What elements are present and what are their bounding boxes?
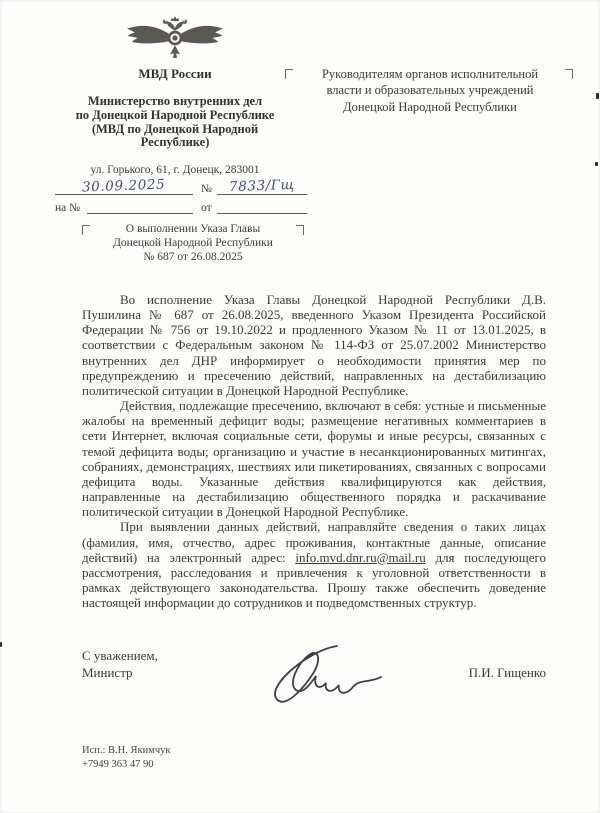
registration-block: 30.09.2025 № 7833/Гщ на № от bbox=[55, 179, 305, 215]
outgoing-number-field: 7833/Гщ bbox=[217, 178, 307, 195]
corner-mark-right bbox=[565, 69, 573, 79]
subject-block: О выполнении Указа Главы Донецкой Народн… bbox=[82, 222, 304, 265]
executor-block: Исп.: В.Н. Якимчук +7949 363 47 90 bbox=[82, 744, 171, 771]
signer-name: П.И. Гищенко bbox=[469, 665, 546, 681]
handwritten-number: 7833/Гщ bbox=[229, 177, 295, 195]
reg-row-outgoing: 30.09.2025 № 7833/Гщ bbox=[55, 179, 305, 197]
org-name-short: МВД России bbox=[45, 66, 305, 82]
mvd-double-headed-eagle-emblem bbox=[87, 14, 263, 64]
handwritten-date: 30.09.2025 bbox=[82, 177, 166, 196]
addressee-line: власти и образовательных учреждений bbox=[285, 82, 575, 98]
handwritten-signature bbox=[240, 638, 400, 712]
ref-na-label: на № bbox=[55, 202, 80, 214]
email-address: info.mvd.dnr.ru@mail.ru bbox=[295, 550, 425, 565]
org-full-line: по Донецкой Народной Республике bbox=[45, 109, 305, 123]
addressee-block: Руководителям органов исполнительной вла… bbox=[285, 66, 575, 115]
addressee-line: Донецкой Народной Республики bbox=[285, 99, 575, 115]
ref-ot-label: от bbox=[201, 202, 212, 214]
executor-phone: +7949 363 47 90 bbox=[82, 758, 171, 772]
scan-artifact bbox=[596, 93, 599, 99]
subject-line: Донецкой Народной Республики bbox=[82, 236, 304, 250]
body-paragraph-2: Действия, подлежащие пресечению, включаю… bbox=[82, 398, 546, 519]
outgoing-date-field: 30.09.2025 bbox=[55, 178, 193, 195]
letter-body: Во исполнение Указа Главы Донецкой Народ… bbox=[82, 292, 546, 610]
executor-name: Исп.: В.Н. Якимчук bbox=[82, 744, 171, 758]
corner-mark-right bbox=[296, 225, 304, 235]
signer-position: Министр bbox=[82, 665, 133, 681]
org-name-full: Министерство внутренних дел по Донецкой … bbox=[45, 95, 305, 150]
scan-artifact bbox=[595, 162, 598, 166]
number-sign-label: № bbox=[201, 183, 212, 195]
signoff-block: С уважением, Министр П.И. Гищенко bbox=[82, 648, 546, 718]
reg-row-reference: на № от bbox=[55, 197, 305, 215]
subject-line: № 687 от 26.08.2025 bbox=[82, 250, 304, 264]
corner-mark-left bbox=[285, 69, 293, 79]
respect-line: С уважением, bbox=[82, 648, 158, 664]
addressee-line: Руководителям органов исполнительной bbox=[285, 66, 575, 82]
corner-mark-left bbox=[82, 225, 90, 235]
org-address: ул. Горького, 61, г. Донецк, 283001 bbox=[45, 164, 305, 176]
scanned-letter-page: МВД России Министерство внутренних дел п… bbox=[0, 0, 600, 813]
org-full-line: Министерство внутренних дел bbox=[45, 95, 305, 109]
scan-artifact bbox=[0, 642, 2, 647]
org-full-line: Республике) bbox=[45, 136, 305, 150]
ref-date-field bbox=[217, 201, 307, 214]
ref-number-field bbox=[87, 201, 193, 214]
org-full-line: (МВД по Донецкой Народной bbox=[45, 123, 305, 137]
subject-line: О выполнении Указа Главы bbox=[82, 222, 304, 236]
body-paragraph-3: При выявлении данных действий, направляй… bbox=[82, 519, 546, 610]
body-paragraph-1: Во исполнение Указа Главы Донецкой Народ… bbox=[82, 292, 546, 398]
